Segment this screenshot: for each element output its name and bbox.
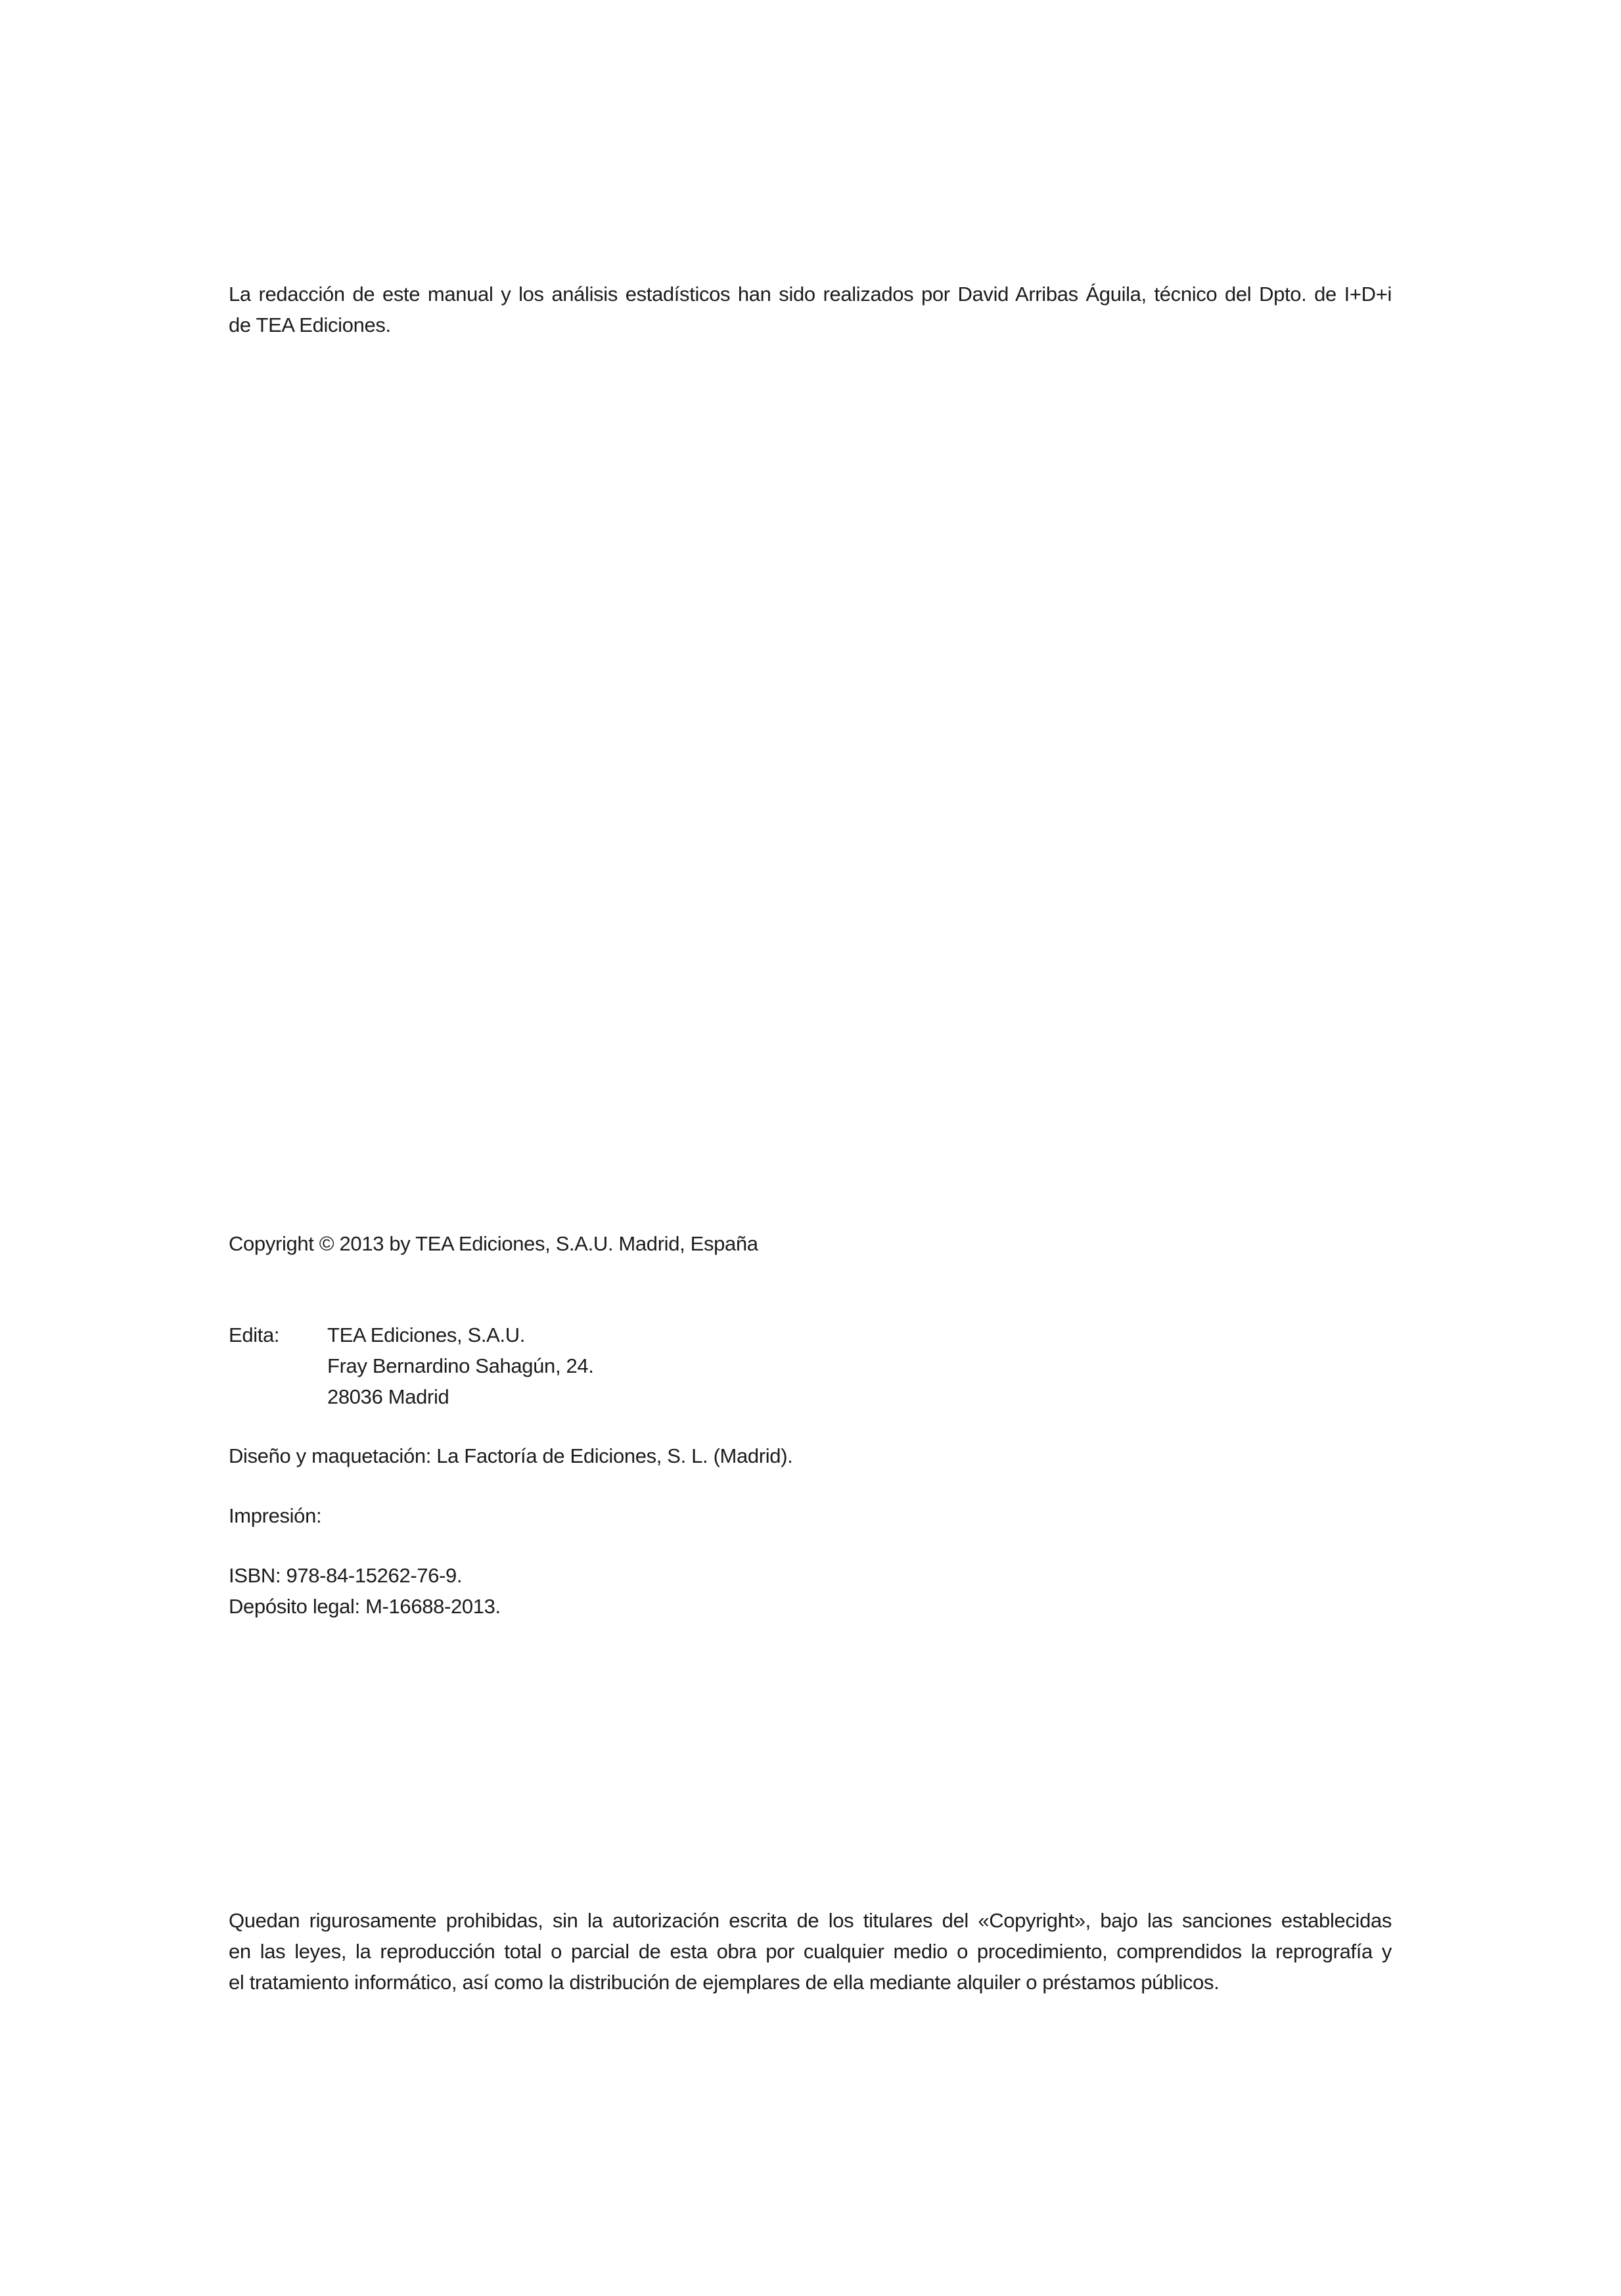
publisher-address: TEA Ediciones, S.A.U. Fray Bernardino Sa…: [327, 1320, 594, 1412]
credits-line: La redacción de este manual y los anális…: [229, 279, 1392, 310]
legal-info: ISBN: 978-84-15262-76-9. Depósito legal:…: [229, 1560, 1392, 1622]
isbn-text: ISBN: 978-84-15262-76-9.: [229, 1560, 1392, 1591]
design-text: Diseño y maquetación: La Factoría de Edi…: [229, 1440, 1392, 1471]
publisher-info: Edita: TEA Ediciones, S.A.U. Fray Bernar…: [229, 1320, 1392, 1412]
printing-text: Impresión:: [229, 1500, 1392, 1531]
rights-line: en las leyes, la reproducción total o pa…: [229, 1936, 1392, 1967]
rights-line: el tratamiento informático, así como la …: [229, 1967, 1392, 1998]
copyright-text: Copyright © 2013 by TEA Ediciones, S.A.U…: [229, 1228, 1392, 1259]
publisher-label: Edita:: [229, 1320, 327, 1412]
legal-deposit-text: Depósito legal: M-16688-2013.: [229, 1591, 1392, 1622]
publisher-city: 28036 Madrid: [327, 1381, 594, 1412]
printing-credit: Impresión:: [229, 1500, 1392, 1531]
credits-paragraph: La redacción de este manual y los anális…: [229, 279, 1392, 340]
rights-reserved-paragraph: Quedan rigurosamente prohibidas, sin la …: [229, 1905, 1392, 1998]
publisher-name: TEA Ediciones, S.A.U.: [327, 1320, 594, 1350]
copyright-notice: Copyright © 2013 by TEA Ediciones, S.A.U…: [229, 1228, 1392, 1259]
rights-line: Quedan rigurosamente prohibidas, sin la …: [229, 1905, 1392, 1936]
credits-line: de TEA Ediciones.: [229, 310, 1392, 340]
design-credit: Diseño y maquetación: La Factoría de Edi…: [229, 1440, 1392, 1471]
document-page: La redacción de este manual y los anális…: [0, 0, 1621, 2296]
publisher-street: Fray Bernardino Sahagún, 24.: [327, 1350, 594, 1381]
